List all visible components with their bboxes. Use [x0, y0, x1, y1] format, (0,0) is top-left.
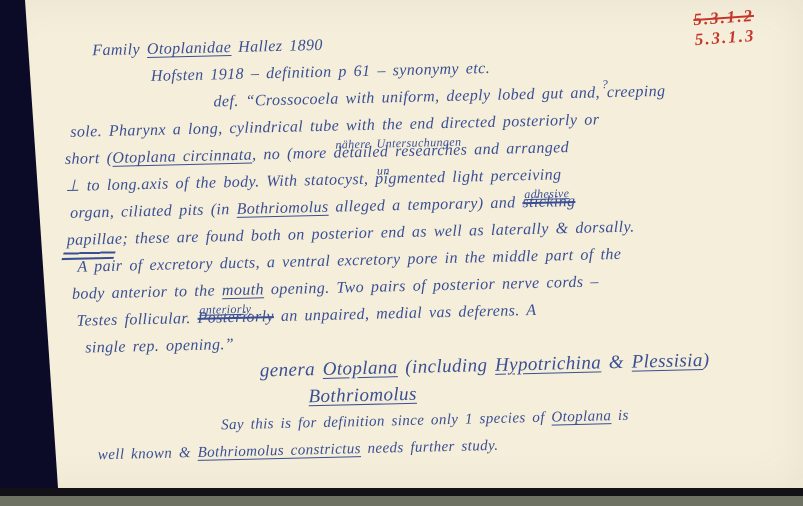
index-card: 5.3.1.2 5.3.1.3 Family Otoplanidae Halle… — [0, 0, 803, 488]
underlined-term: Otoplana — [551, 408, 611, 425]
text-segment: (including — [397, 355, 495, 378]
inserted-word-above: ? — [602, 78, 609, 90]
text-segment: and arranged — [467, 139, 569, 158]
text-segment: an unpaired, medial vas deferens. A — [274, 302, 537, 325]
text-segment: Hofsten 1918 – definition p 61 – synonym… — [151, 60, 491, 85]
text-segment: ) — [703, 350, 710, 371]
handwritten-notes: Family Otoplanidae Hallez 1890Hofsten 19… — [62, 21, 802, 470]
text-segment: Say this is for definition since only 1 … — [221, 410, 552, 434]
text-segment: single rep. opening.” — [85, 336, 234, 357]
text-segment: organ, ciliated pits (in — [70, 201, 237, 222]
inserted-word-above: adhesive — [524, 187, 569, 200]
text-segment: creeping? — [600, 83, 666, 102]
inserted-word-above: anteriorly — [199, 302, 251, 315]
struck-word: stickingadhesive — [522, 193, 575, 211]
underlined-term: Bothriomolus — [308, 384, 417, 408]
text-segment: opening. Two pairs of posterior nerve co… — [264, 273, 599, 298]
struck-word: Posteriorlyanteriorly — [197, 308, 274, 327]
underlined-term: Bothriomolus constrictus — [197, 441, 361, 461]
underlined-term: Plessisia — [631, 350, 703, 373]
text-segment: body anterior to the — [72, 282, 222, 303]
text-segment: pigmentedun — [375, 169, 446, 188]
text-segment: ⊥ to long.axis of the body. With statocy… — [65, 171, 375, 195]
text-segment: , no (more — [252, 145, 334, 164]
underlined-term: Otoplana — [322, 357, 397, 380]
text-segment: Hallez 1890 — [231, 37, 323, 56]
text-segment: needs further study. — [361, 438, 499, 457]
text-segment: is — [611, 408, 629, 424]
text-segment: short ( — [65, 150, 113, 168]
text-segment: Family — [92, 41, 147, 59]
text-segment: genera — [260, 359, 323, 381]
inserted-word-above: un — [377, 164, 390, 176]
text-segment: Testes follicular. — [76, 310, 197, 330]
underlined-term: mouth — [222, 281, 264, 299]
text-segment: & — [601, 352, 632, 374]
text-segment: well known & — [98, 445, 198, 463]
scan-background-strip — [0, 496, 803, 506]
text-segment: papillae — [67, 231, 123, 249]
text-segment: def. “Crossocoela with uniform, deeply l… — [213, 84, 600, 110]
inserted-word-above: nähere Untersuchungen — [335, 135, 461, 150]
text-segment: detailed researchesnähere Untersuchungen — [333, 141, 467, 161]
underlined-term: Bothriomolus — [236, 199, 328, 218]
underlined-term: Otoplanidae — [147, 39, 232, 58]
text-segment: light perceiving — [445, 166, 561, 186]
underlined-term: Otoplana circinnata — [112, 147, 252, 167]
text-segment: alleged a temporary) and — [328, 194, 522, 216]
scan-edge-black-strip — [0, 488, 803, 496]
underlined-term: Hypotrichina — [495, 352, 602, 375]
